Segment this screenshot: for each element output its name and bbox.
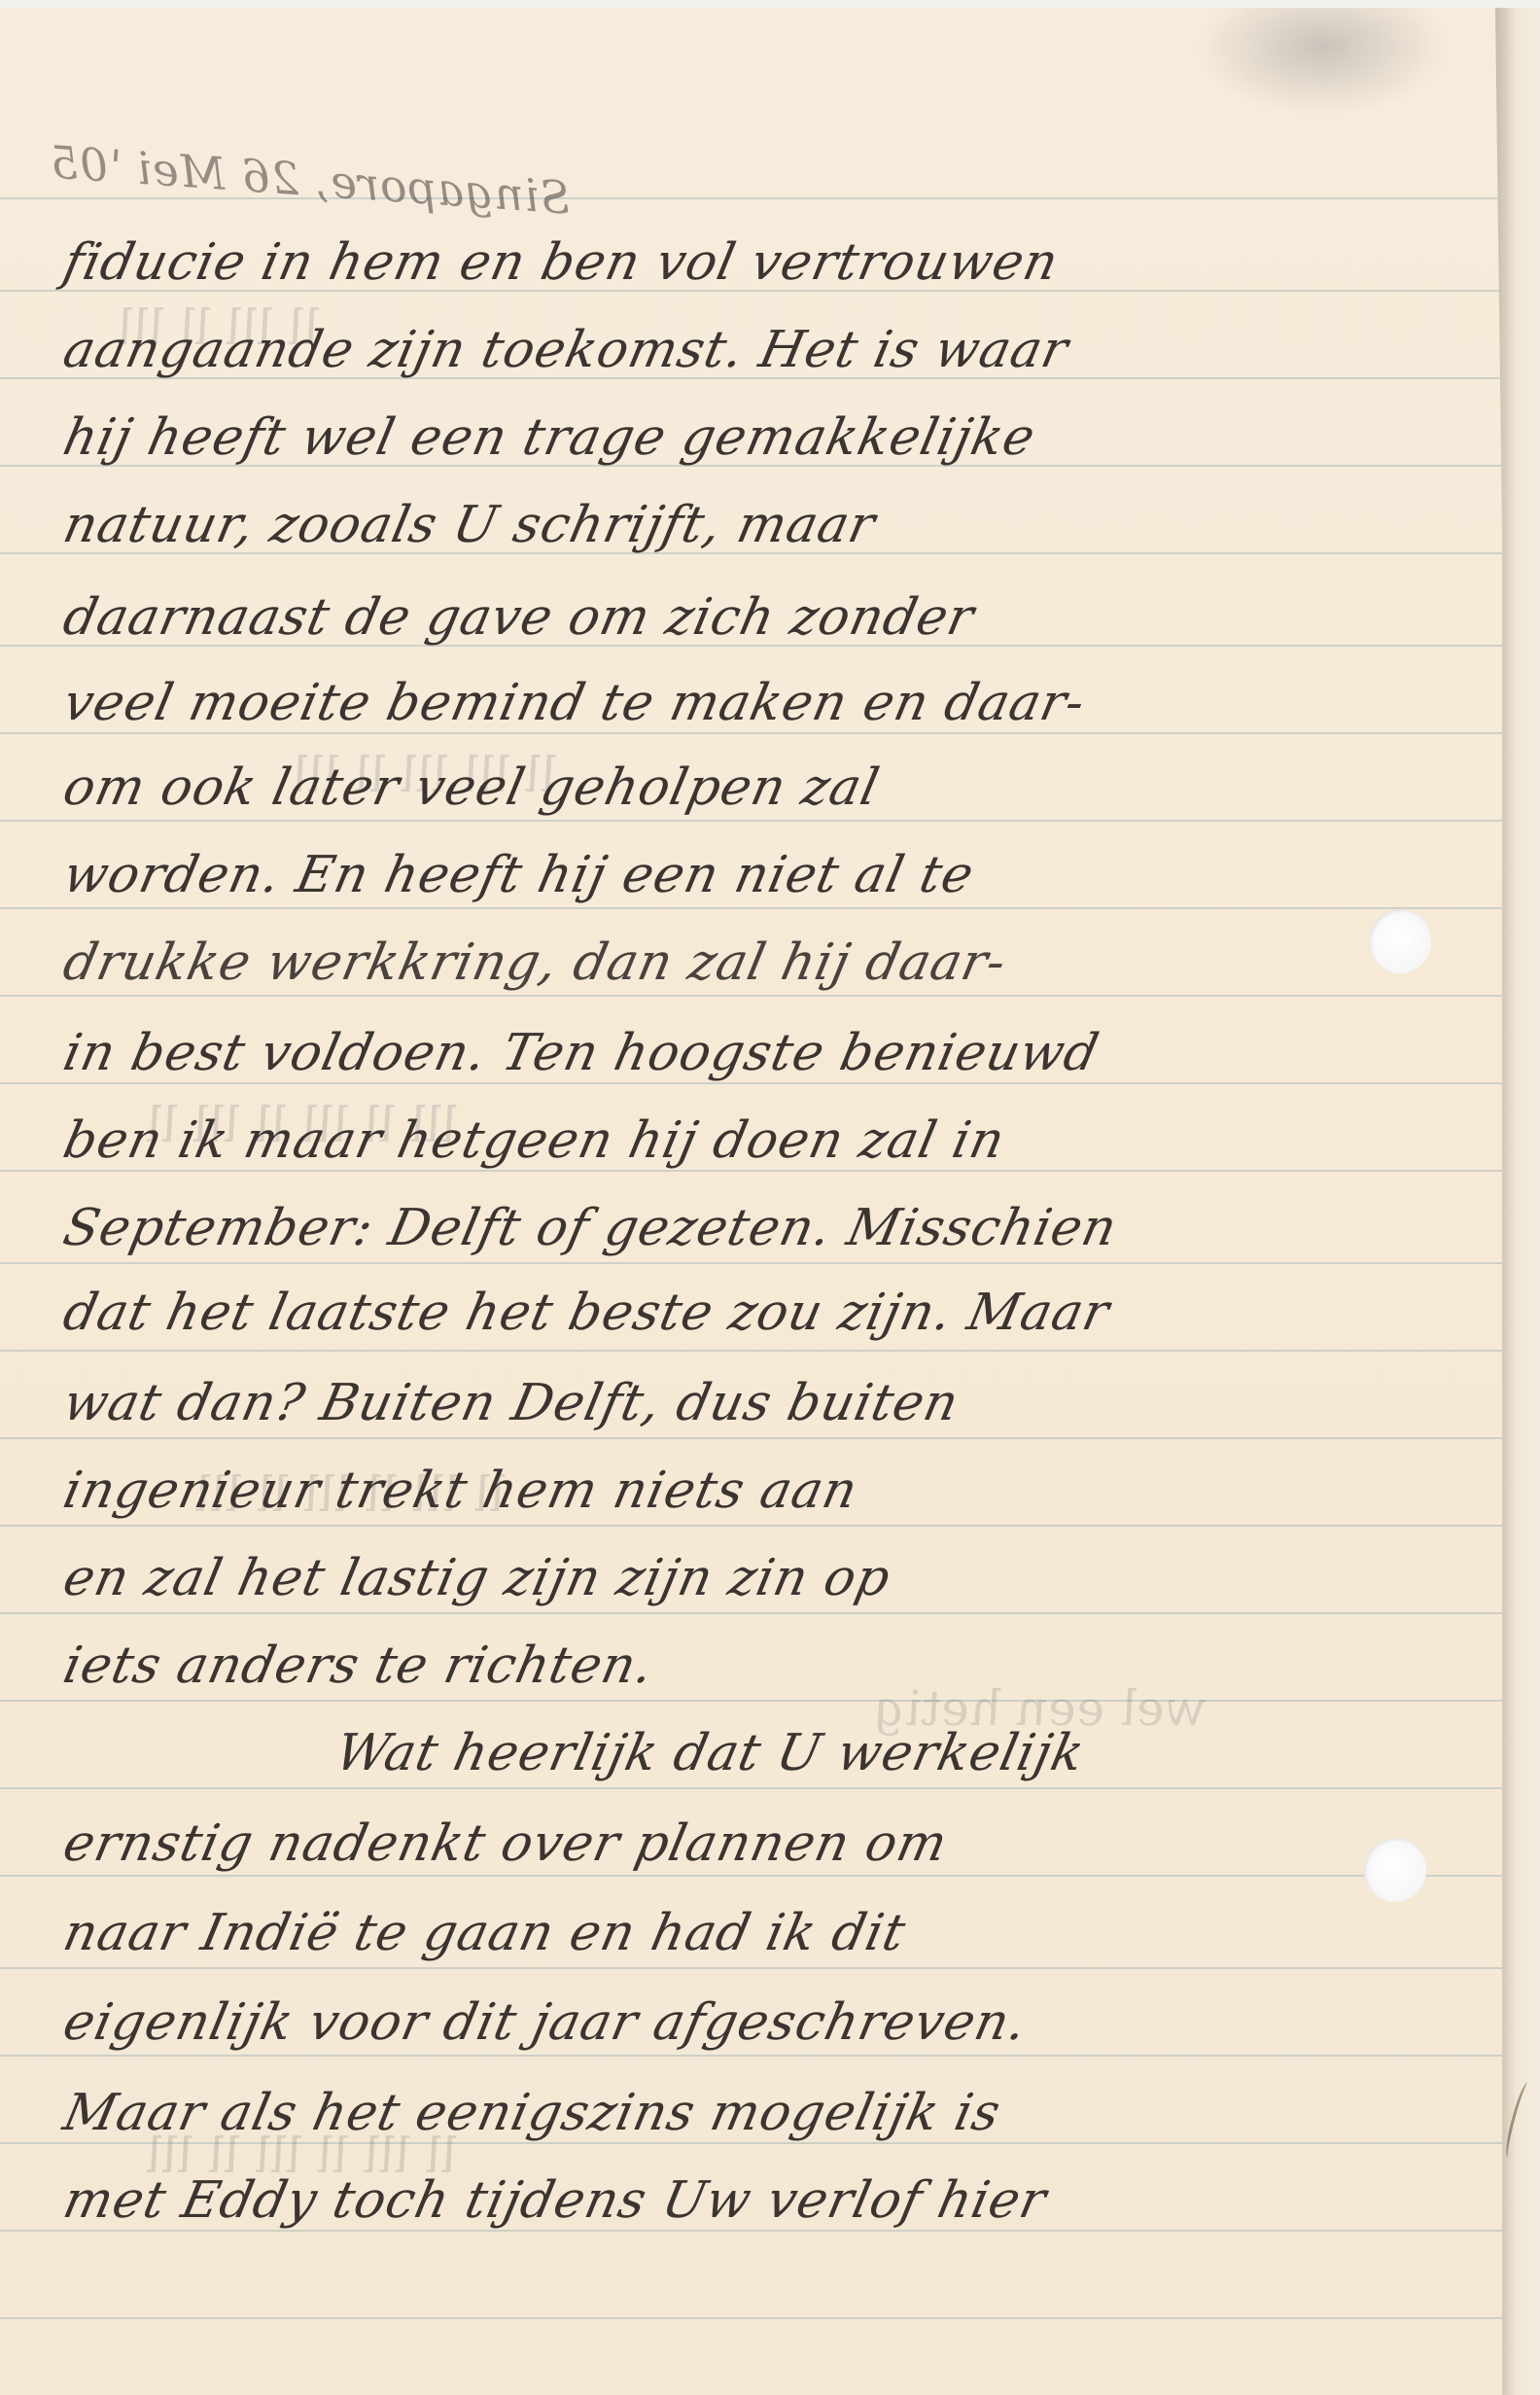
ruled-line	[0, 2317, 1502, 2319]
scan-top-border	[0, 0, 1540, 8]
ruled-line	[0, 2230, 1502, 2232]
letter-line: aangaande zijn toekomst. Het is waar	[58, 321, 1073, 379]
punch-hole	[1364, 1838, 1426, 1902]
letter-line: naar Indië te gaan en had ik dit	[58, 1904, 911, 1962]
ruled-line	[0, 1787, 1502, 1789]
letter-line: natuur, zooals U schrijft, maar	[58, 496, 881, 554]
letter-line: eigenlijk voor dit jaar afgeschreven.	[58, 1993, 1032, 2052]
letter-line: met Eddy toch tijdens Uw verlof hier	[58, 2171, 1052, 2230]
letter-line: ingenieur trekt hem niets aan	[58, 1462, 863, 1520]
ruled-line	[0, 995, 1502, 997]
ruled-line	[0, 1350, 1502, 1352]
ruled-line	[0, 1612, 1502, 1614]
letter-page: ll lll ll lll ll lll lll ll lll lll ll l…	[0, 8, 1502, 2395]
letter-line: ernstig nadenkt over plannen om	[58, 1814, 953, 1873]
letter-line: fiducie in hem en ben vol vertrouwen	[58, 233, 1064, 292]
letter-line-indented: Wat heerlijk dat U werkelijk	[331, 1724, 1090, 1782]
letter-line: September: Delft of gezeten. Misschien	[58, 1199, 1122, 1257]
ruled-line	[0, 907, 1502, 909]
ruled-line	[0, 1437, 1502, 1439]
letter-line: drukke werkkring, dan zal hij daar-	[58, 933, 1012, 992]
punch-hole	[1369, 909, 1431, 973]
ruled-line	[0, 1082, 1502, 1084]
ruled-line	[0, 1525, 1502, 1527]
ruled-line	[0, 732, 1502, 734]
ruled-line	[0, 820, 1502, 822]
ruled-line	[0, 1967, 1502, 1969]
ruled-line	[0, 1875, 1502, 1877]
letter-line: wat dan? Buiten Delft, dus buiten	[58, 1374, 964, 1432]
letter-line: daarnaast de gave om zich zonder	[58, 588, 980, 647]
ruled-line	[0, 1262, 1502, 1264]
letter-line: worden. En heeft hij een niet al te	[58, 846, 979, 904]
letter-line: in best voldoen. Ten hoogste benieuwd	[58, 1024, 1104, 1082]
letter-line: hij heeft wel een trage gemakkelijke	[58, 408, 1040, 467]
letter-line: ben ik maar hetgeen hij doen zal in	[58, 1111, 1010, 1170]
letter-line: Maar als het eenigszins mogelijk is	[58, 2084, 1006, 2142]
letter-line: veel moeite bemind te maken en daar-	[58, 674, 1091, 732]
mirrored-date-text: Singapore, 26 Mei '05	[48, 135, 573, 224]
letter-line: dat het laatste het beste zou zijn. Maar	[58, 1284, 1115, 1342]
letter-line: en zal het lastig zijn zijn zin op	[58, 1549, 895, 1607]
ruled-line	[0, 1700, 1502, 1702]
letter-line: om ook later veel geholpen zal	[58, 758, 885, 817]
mirrored-date-header: Singapore, 26 Mei '05	[48, 135, 573, 224]
letter-line: iets anders te richten.	[58, 1637, 659, 1695]
ruled-line	[0, 2055, 1502, 2057]
ruled-line	[0, 1170, 1502, 1172]
